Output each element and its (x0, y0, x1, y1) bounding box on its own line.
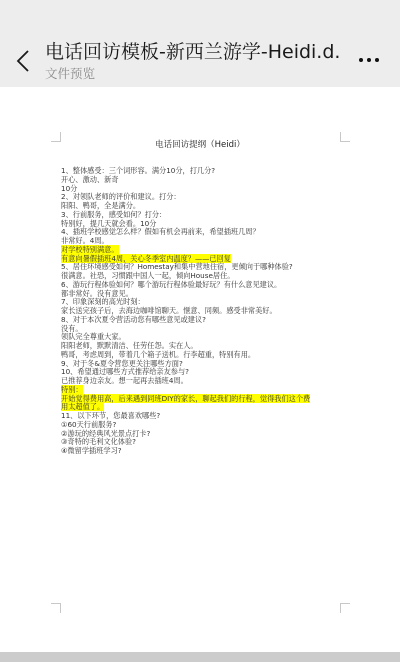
file-subtitle: 文件预览 (45, 66, 95, 82)
page-corner-mark (51, 603, 61, 613)
line-text: 阳阳、鸭哥，全是满分。 (61, 201, 140, 210)
line-text: 都非常好。没有意见。 (61, 289, 133, 298)
line-text: 3、行前服务，感受如何？打分： (61, 210, 166, 219)
line-text: 4、插班学校感觉怎么样？假如有机会再前来，希望插班几周？ (61, 227, 260, 236)
line-text: ③奇特的毛利文化体验? (61, 437, 136, 446)
line-text: 5、居住环境感受如何？Homestay和集中营地住宿，更倾向于哪种体验? (61, 262, 293, 271)
more-horizontal-icon (375, 58, 379, 62)
line-text: 10、希望通过哪些方式推荐给亲友参与? (61, 367, 189, 376)
document-line: 开始觉得费用高，后来遇到同班DIY的家长，聊起我们的行程，觉得我们这个费 (61, 395, 361, 404)
line-text: 11、以下环节，您最喜欢哪些? (61, 411, 160, 420)
line-text: 1、整体感受：三个词形容。满分10分，打几分? (61, 166, 215, 175)
document-body: 1、整体感受：三个词形容。满分10分，打几分?开心、激动、新奇10分2、对领队老… (61, 167, 361, 456)
line-text: 很满意。社恐，习惯跟中国人一起，倾向House居住。 (61, 271, 234, 280)
more-options-button[interactable] (352, 50, 386, 70)
line-text: 9、对于冬&夏令营您更关注哪些方面? (61, 359, 183, 368)
document-line: 开心、激动、新奇 (61, 176, 361, 185)
highlighted-text: 对学校特别满意。 (61, 245, 119, 254)
document-preview[interactable]: 电话回访提纲（Heidi） 1、整体感受：三个词形容。满分10分，打几分?开心、… (0, 87, 400, 652)
file-title: 电话回访模板-新西兰游学-Heidi.d... (45, 40, 340, 64)
page-corner-mark (340, 603, 350, 613)
highlighted-text: 有意向暑假插班4周，关心冬季室内温度？——已回复 (61, 254, 231, 263)
line-text: ④微留学插班学习? (61, 446, 122, 455)
line-text: 6、游玩行程体验如何？哪个游玩行程体验最好玩？有什么意见建议。 (61, 280, 281, 289)
line-text: 已推荐身边亲友。想一起再去插班4周。 (61, 376, 188, 385)
line-text: ①60天行前服务? (61, 420, 116, 429)
document-line: 已推荐身边亲友。想一起再去插班4周。 (61, 377, 361, 386)
highlighted-text: 开始觉得费用高，后来遇到同班DIY的家长，聊起我们的行程，觉得我们这个费 (61, 394, 310, 403)
line-text: 没有。 (61, 324, 83, 333)
line-text: 领队完全尊重大家。 (61, 332, 126, 341)
line-text: 阳阳老师，默默清洁、任劳任怨。实在人。 (61, 341, 198, 350)
line-text: ②游玩的经典风光景点打卡? (61, 429, 150, 438)
line-text: 家长送完孩子后，去海边咖啡馆聊天。惬意、同频。感受非常美好。 (61, 306, 277, 315)
highlighted-text: 用太超值了。 (61, 402, 104, 411)
document-line: 8、对于本次夏令营活动您有哪些意见或建议? (61, 316, 361, 325)
line-text: 7、印象深刻的高光时刻： (61, 297, 145, 306)
more-horizontal-icon (367, 58, 371, 62)
highlighted-text: 特别： (61, 385, 83, 394)
line-text: 8、对于本次夏令营活动您有哪些意见或建议? (61, 315, 206, 324)
line-text: 特别好，提几天就会看。10分 (61, 219, 156, 228)
document-title: 电话回访提纲（Heidi） (0, 139, 400, 151)
line-text: 10分 (61, 184, 77, 193)
line-text: 非常好。4周。 (61, 236, 109, 245)
line-text: 开心、激动、新奇 (61, 175, 119, 184)
app-header: 电话回访模板-新西兰游学-Heidi.d... 文件预览 (0, 0, 400, 87)
back-button[interactable] (10, 44, 36, 78)
more-horizontal-icon (359, 58, 363, 62)
line-text: 2、对领队老师的评价和建议。打分： (61, 192, 181, 201)
bottom-bar (0, 652, 400, 662)
chevron-left-icon (16, 49, 30, 73)
line-text: 鸭哥，考虑周到，带着几个箱子送机。行李超重，特别有用。 (61, 350, 255, 359)
document-line: ④微留学插班学习? (61, 447, 361, 456)
